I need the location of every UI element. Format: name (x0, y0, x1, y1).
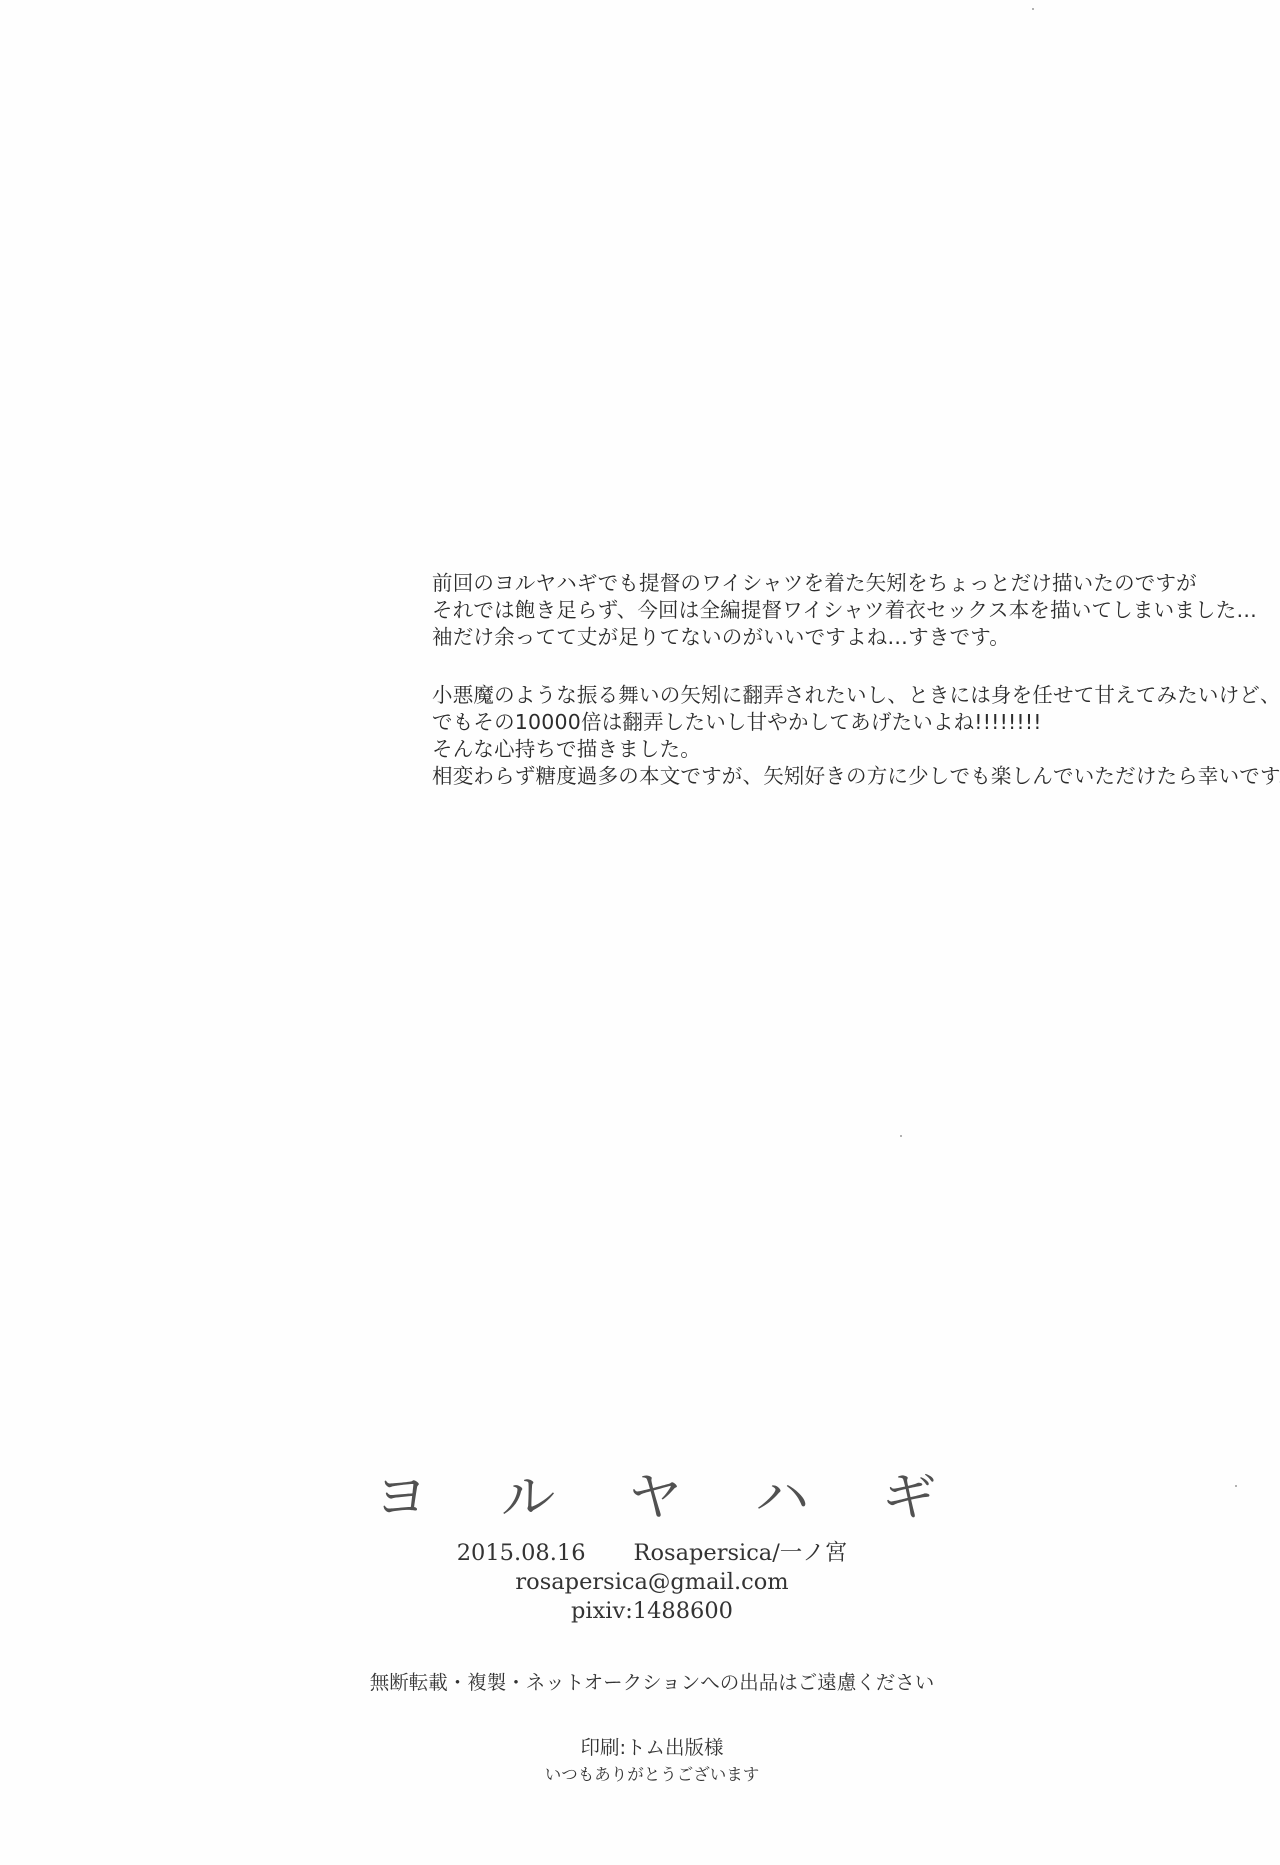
publication-date: 2015.08.16 (457, 1540, 586, 1566)
reproduction-notice: 無断転載・複製・ネットオークションへの出品はご遠慮ください (0, 1667, 1280, 1695)
paper-speck (1235, 1485, 1237, 1487)
title-char: ギ (882, 1455, 937, 1530)
paper-speck (1032, 8, 1034, 10)
afterword-line: 小悪魔のような振る舞いの矢矧に翻弄されたいし、ときには身を任せて甘えてみたいけど… (432, 682, 1280, 709)
afterword-line: そんな心持ちで描きました。 (432, 736, 1280, 763)
afterword-line: 袖だけ余ってて丈が足りてないのがいいですよね…すきです。 (432, 624, 1280, 651)
afterword-line: でもその10000倍は翻弄したいし甘やかしてあげたいよね!!!!!!!! (432, 709, 1280, 736)
printer-credit: 印刷:トム出版様 (0, 1732, 1280, 1760)
pixiv-id: pixiv:1488600 (0, 1598, 1280, 1625)
afterword-line: 前回のヨルヤハギでも提督のワイシャツを着た矢矧をちょっとだけ描いたのですが (432, 570, 1280, 597)
title-char: ヤ (628, 1455, 683, 1530)
title-char: ハ (755, 1455, 810, 1530)
author-email: rosapersica@gmail.com (0, 1569, 1280, 1596)
afterword-line: それでは飽き足らず、今回は全編提督ワイシャツ着衣セックス本を描いてしまいました… (432, 597, 1280, 624)
author-name: Rosapersica/一ノ宮 (634, 1540, 848, 1566)
afterword-text: 前回のヨルヤハギでも提督のワイシャツを着た矢矧をちょっとだけ描いたのですが それ… (432, 570, 1280, 790)
title-char: ヨ (374, 1455, 429, 1530)
title-char: ル (501, 1455, 556, 1530)
afterword-line: 相変わらず糖度過多の本文ですが、矢矧好きの方に少しでも楽しんでいただけたら幸いで… (432, 763, 1280, 790)
paper-speck (900, 1135, 902, 1137)
date-author-line: 2015.08.16Rosapersica/一ノ宮 (0, 1540, 1280, 1567)
thanks-line: いつもありがとうございます (0, 1761, 1280, 1785)
paragraph-gap (432, 650, 1280, 682)
book-afterword-page: 前回のヨルヤハギでも提督のワイシャツを着た矢矧をちょっとだけ描いたのですが それ… (0, 0, 1280, 1865)
colophon-title: ヨ ル ヤ ハ ギ (375, 1462, 935, 1522)
